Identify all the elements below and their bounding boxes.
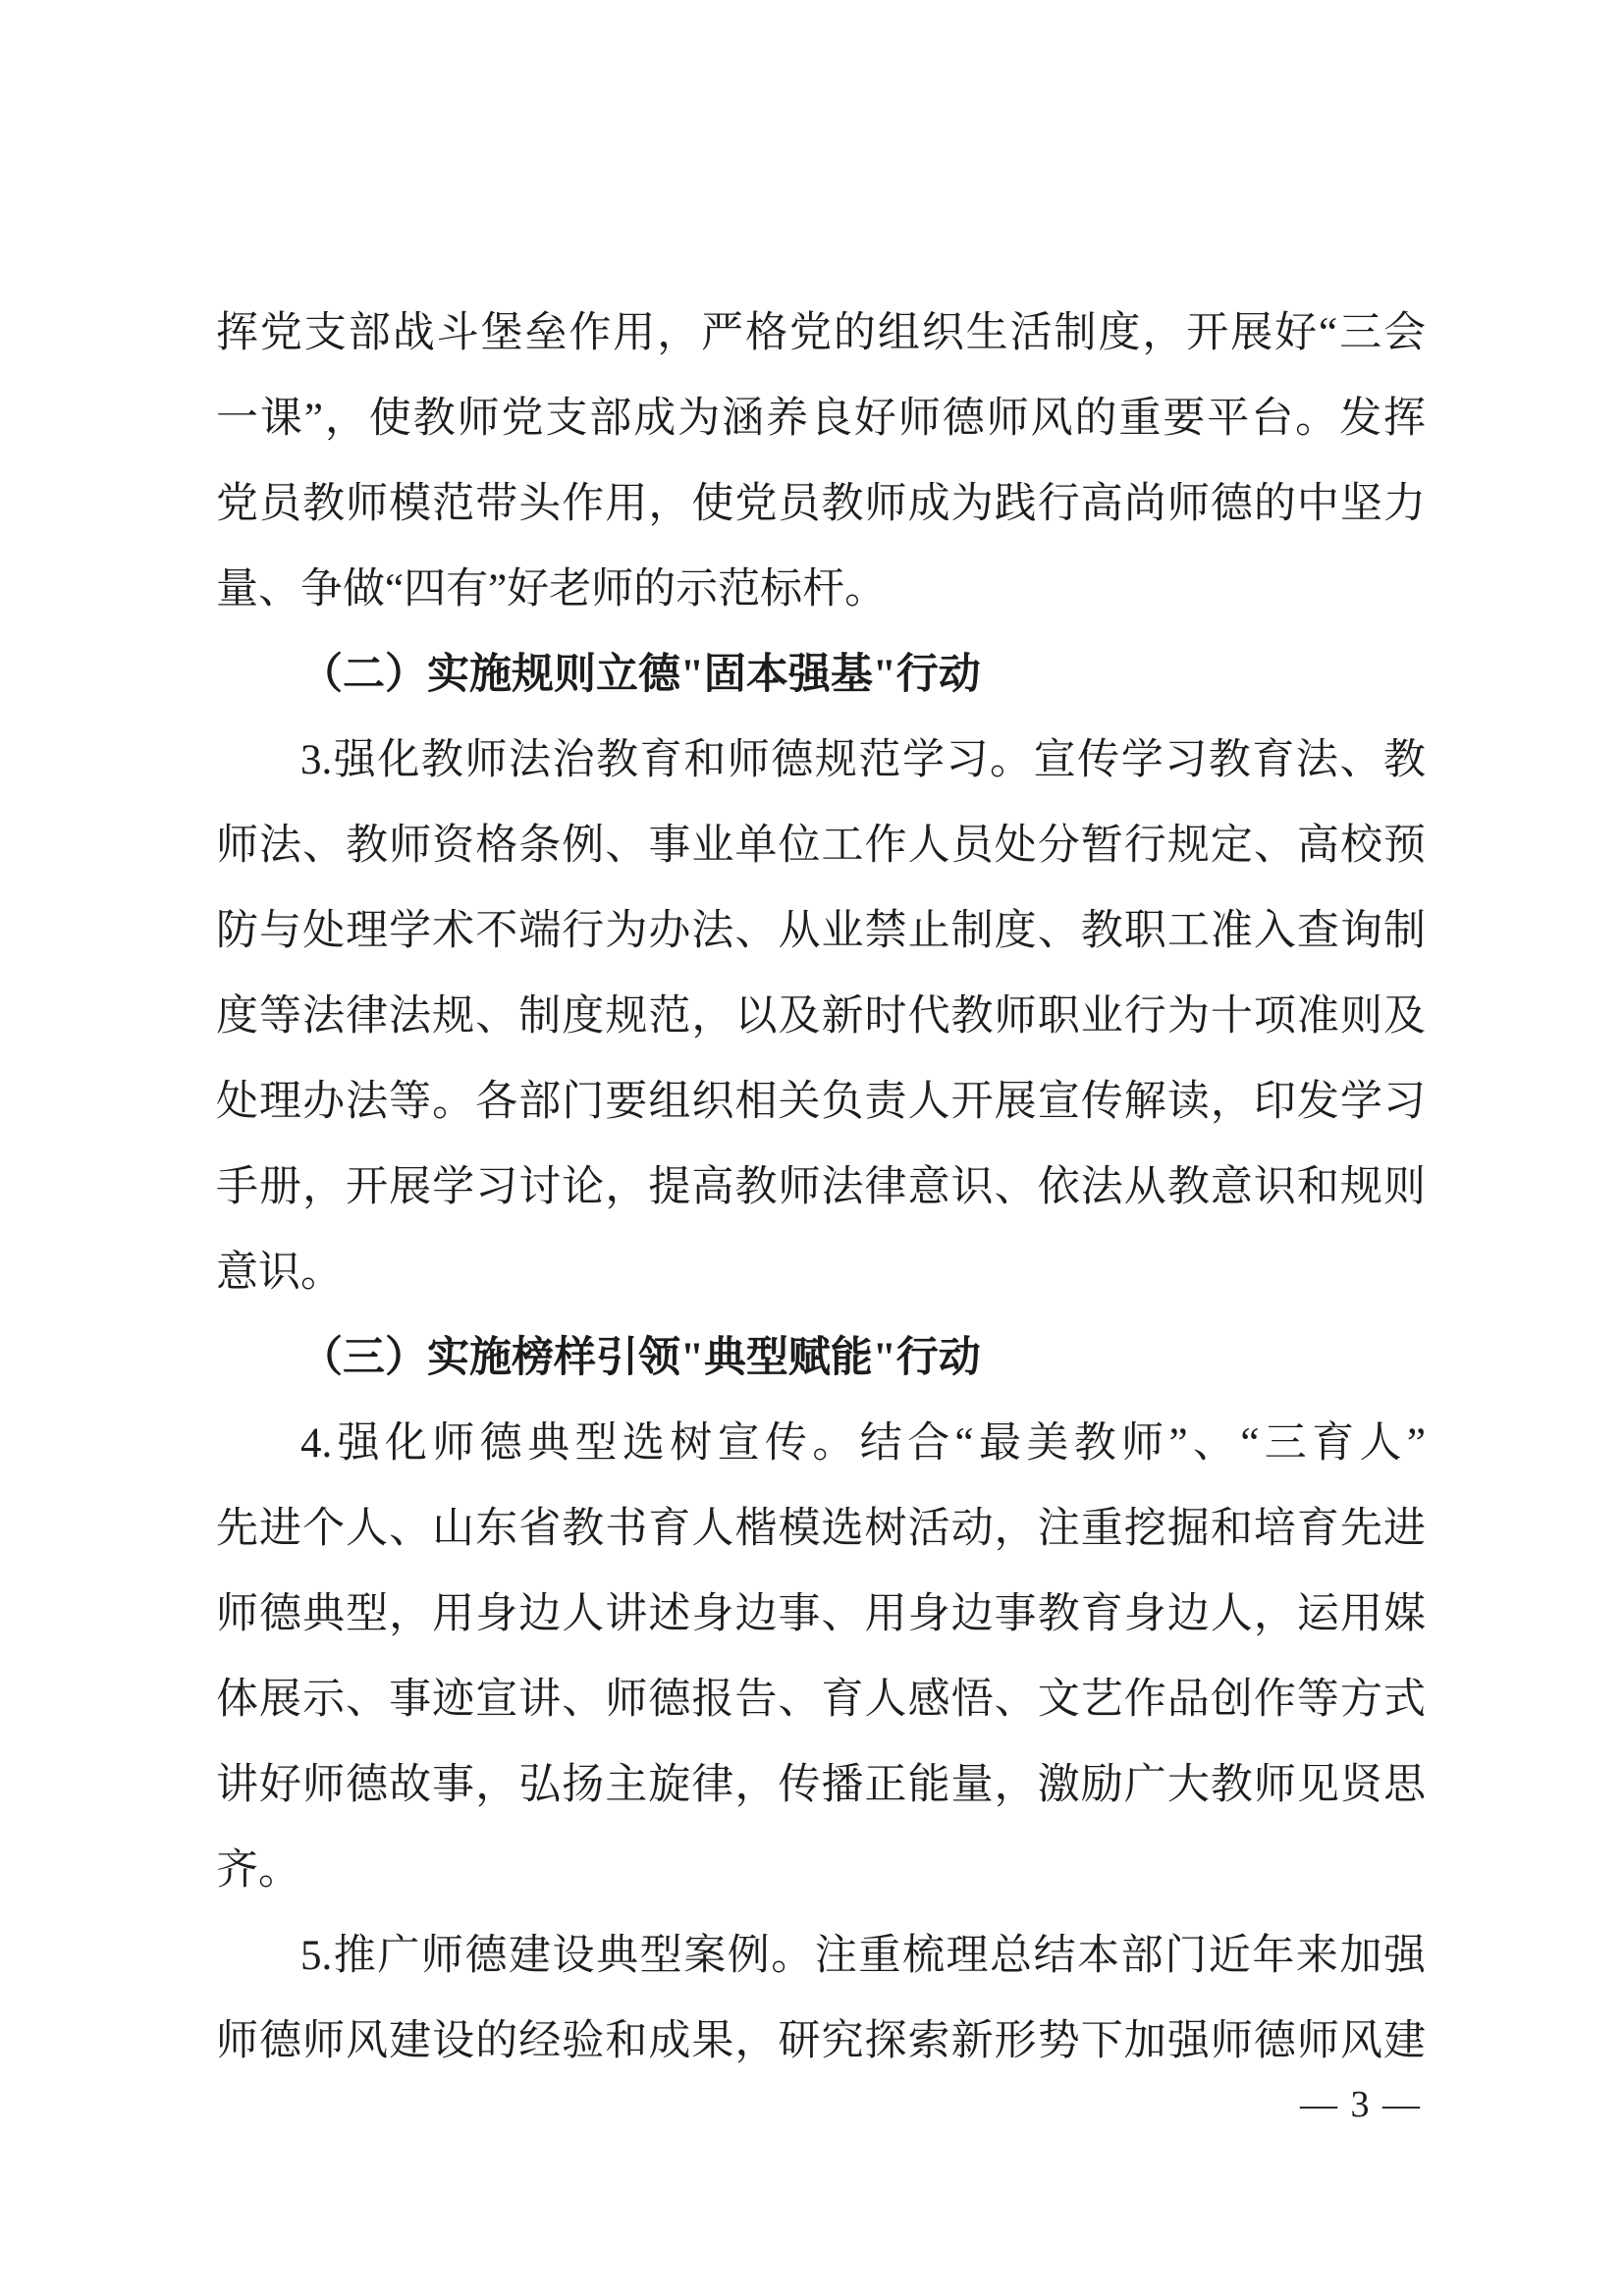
paragraph-line: 意识。 (216, 1230, 1426, 1315)
paragraph-line: 手册，开展学习讨论，提高教师法律意识、依法从教意识和规则 (216, 1145, 1426, 1230)
paragraph-line: 师法、教师资格条例、事业单位工作人员处分暂行规定、高校预 (216, 803, 1426, 888)
paragraph-line: 齐。 (216, 1828, 1426, 1913)
paragraph-line: 先进个人、山东省教书育人楷模选树活动，注重挖掘和培育先进 (216, 1486, 1426, 1572)
paragraph-line: 师德典型，用身边人讲述身边事、用身边事教育身边人，运用媒 (216, 1572, 1426, 1657)
document-body: 挥党支部战斗堡垒作用，严格党的组织生活制度，开展好“三会 一课”，使教师党支部成… (216, 291, 1426, 2084)
paragraph-line: 讲好师德故事，弘扬主旋律，传播正能量，激励广大教师见贤思 (216, 1742, 1426, 1828)
paragraph-line: 防与处理学术不端行为办法、从业禁止制度、教职工准入查询制 (216, 888, 1426, 974)
paragraph-line: 4.强化师德典型选树宣传。结合“最美教师”、“三育人” (216, 1401, 1426, 1486)
paragraph-line: 3.强化教师法治教育和师德规范学习。宣传学习教育法、教 (216, 718, 1426, 803)
document-page: 挥党支部战斗堡垒作用，严格党的组织生活制度，开展好“三会 一课”，使教师党支部成… (0, 0, 1624, 2296)
paragraph-line: 师德师风建设的经验和成果，研究探索新形势下加强师德师风建 (216, 1999, 1426, 2084)
paragraph-line: 党员教师模范带头作用，使党员教师成为践行高尚师德的中坚力 (216, 461, 1426, 547)
paragraph-line: 挥党支部战斗堡垒作用，严格党的组织生活制度，开展好“三会 (216, 291, 1426, 376)
paragraph-line: 量、争做“四有”好老师的示范标杆。 (216, 547, 1426, 632)
section-heading: （三）实施榜样引领"典型赋能"行动 (216, 1315, 1426, 1401)
paragraph-line: 度等法律法规、制度规范，以及新时代教师职业行为十项准则及 (216, 974, 1426, 1059)
paragraph-line: 一课”，使教师党支部成为涵养良好师德师风的重要平台。发挥 (216, 376, 1426, 461)
page-number: — 3 — (1300, 2083, 1422, 2126)
section-heading: （二）实施规则立德"固本强基"行动 (216, 632, 1426, 718)
paragraph-line: 体展示、事迹宣讲、师德报告、育人感悟、文艺作品创作等方式 (216, 1657, 1426, 1742)
paragraph-line: 5.推广师德建设典型案例。注重梳理总结本部门近年来加强 (216, 1913, 1426, 1999)
paragraph-line: 处理办法等。各部门要组织相关负责人开展宣传解读，印发学习 (216, 1059, 1426, 1145)
